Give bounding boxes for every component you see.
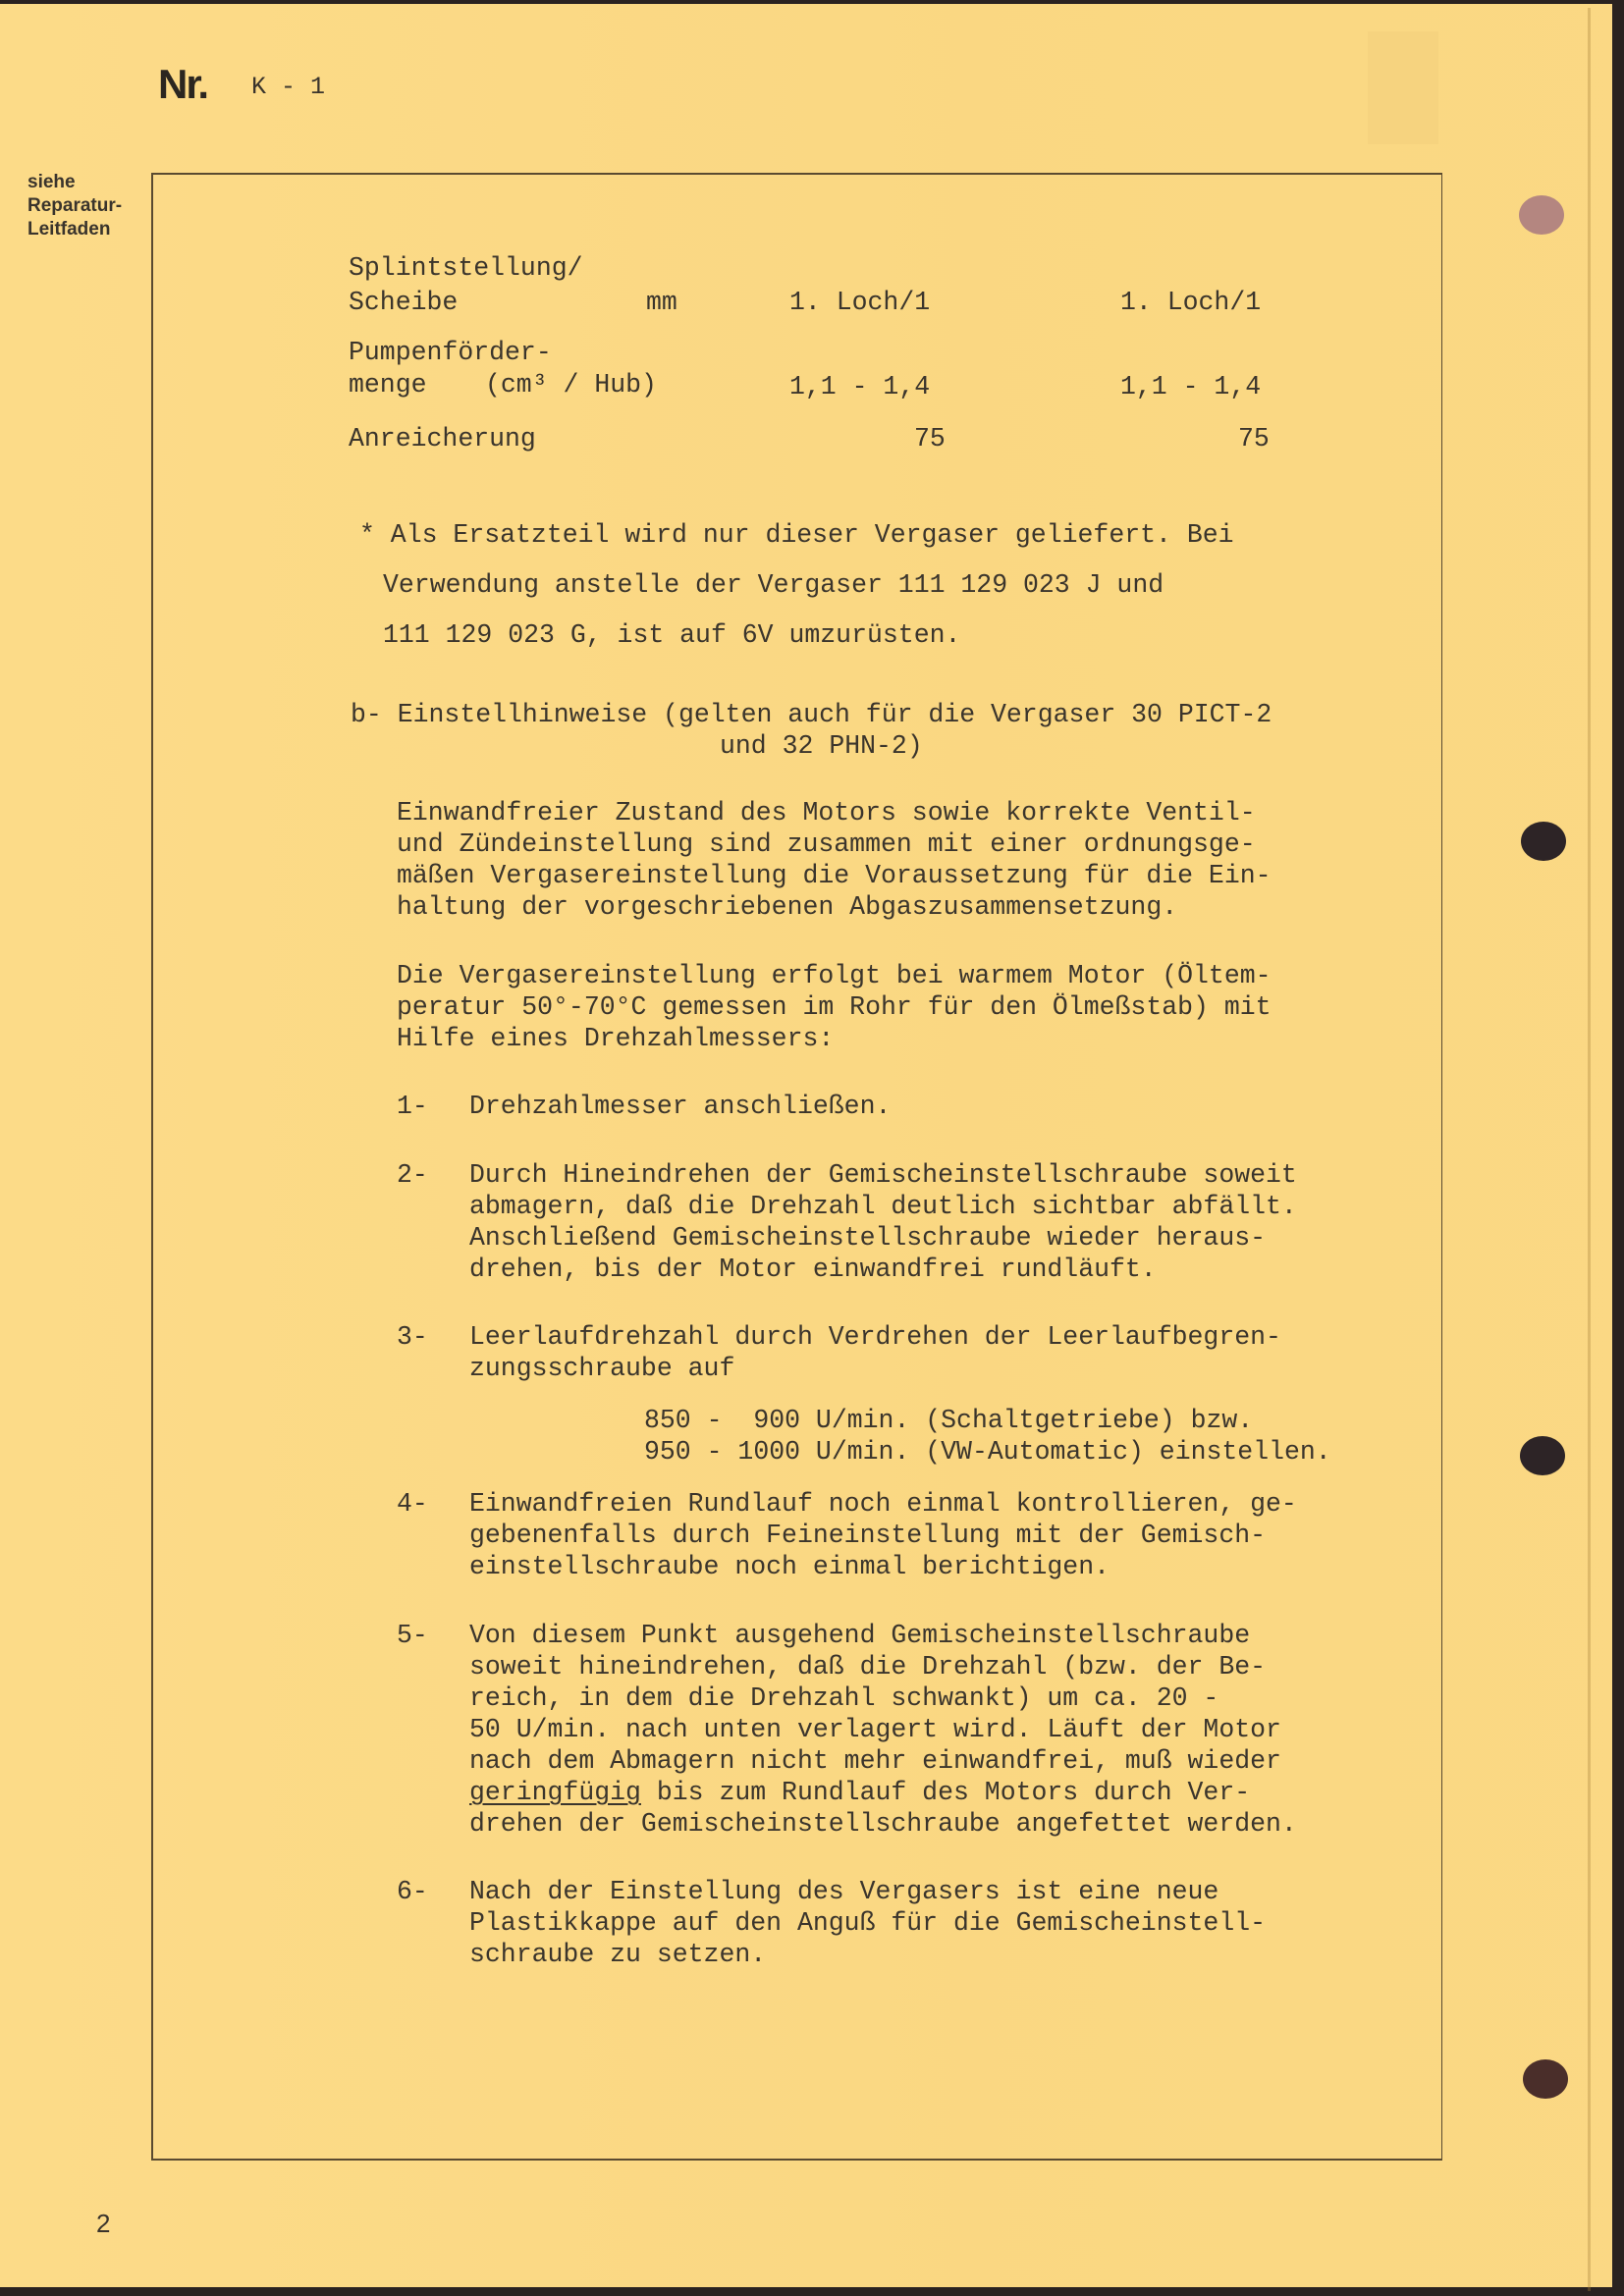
paragraph-line: Hilfe eines Drehzahlmessers: (397, 1023, 834, 1055)
step-number: 5- (397, 1620, 428, 1652)
step-line: schraube zu setzen. (469, 1939, 766, 1971)
spec-value-col1: 1. Loch/1 (789, 287, 930, 319)
step-line: Von diesem Punkt ausgehend Gemischeinste… (469, 1620, 1250, 1652)
footnote-line: 111 129 023 G, ist auf 6V umzurüsten. (383, 619, 960, 652)
step-line: abmagern, daß die Drehzahl deutlich sich… (469, 1191, 1297, 1223)
step-number: 4- (397, 1488, 428, 1521)
step-line-rest: bis zum Rundlauf des Motors durch Ver- (641, 1778, 1250, 1807)
document-number: K - 1 (251, 73, 325, 101)
punch-hole (1523, 2059, 1568, 2099)
spec-label: Anreicherung (349, 423, 536, 455)
side-reference-line: Leitfaden (27, 218, 122, 241)
step-line: drehen, bis der Motor einwandfrei rundlä… (469, 1254, 1157, 1286)
punch-hole (1521, 822, 1566, 861)
spec-value-col2: 1. Loch/1 (1120, 287, 1261, 319)
footnote-line: Verwendung anstelle der Vergaser 111 129… (383, 569, 1164, 602)
step-line: geringfügig bis zum Rundlauf des Motors … (469, 1777, 1250, 1809)
step-line: Durch Hineindrehen der Gemischeinstellsc… (469, 1159, 1297, 1192)
paragraph-line: haltung der vorgeschriebenen Abgaszusamm… (397, 891, 1177, 924)
footnote-line: * Als Ersatzteil wird nur dieser Vergase… (359, 519, 1234, 552)
ghost-logo-bleedthrough (1368, 31, 1438, 144)
step-line: Einwandfreien Rundlauf noch einmal kontr… (469, 1488, 1297, 1521)
paragraph-line: mäßen Vergasereinstellung die Voraussetz… (397, 860, 1272, 892)
section-heading-line: und 32 PHN-2) (720, 730, 923, 763)
idle-speed-value: 850 - 900 U/min. (Schaltgetriebe) bzw. (644, 1405, 1253, 1437)
punch-hole (1520, 1436, 1565, 1475)
spec-label: Splintstellung/ (349, 252, 583, 285)
paragraph-line: peratur 50°-70°C gemessen im Rohr für de… (397, 991, 1272, 1024)
step-line: gebenenfalls durch Feineinstellung mit d… (469, 1520, 1266, 1552)
spec-value-col2: 1,1 - 1,4 (1120, 371, 1261, 403)
step-number: 6- (397, 1876, 428, 1908)
step-line: soweit hineindrehen, daß die Drehzahl (b… (469, 1651, 1266, 1683)
spec-unit: (cm³ / Hub) (485, 369, 657, 401)
step-line: 50 U/min. nach unten verlagert wird. Läu… (469, 1714, 1281, 1746)
page-edge (1588, 8, 1591, 2291)
step-line: nach dem Abmagern nicht mehr einwandfrei… (469, 1745, 1281, 1778)
paragraph-line: Die Vergasereinstellung erfolgt bei warm… (397, 960, 1272, 992)
step-line: reich, in dem die Drehzahl schwankt) um … (469, 1682, 1218, 1715)
side-reference: siehe Reparatur- Leitfaden (27, 171, 122, 241)
step-line: Drehzahlmesser anschließen. (469, 1091, 891, 1123)
paragraph-line: und Zündeinstellung sind zusammen mit ei… (397, 828, 1256, 861)
side-reference-line: siehe (27, 171, 122, 194)
step-line: einstellschraube noch einmal berichtigen… (469, 1551, 1110, 1583)
spec-unit: mm (646, 287, 677, 319)
step-number: 2- (397, 1159, 428, 1192)
step-number: 3- (397, 1321, 428, 1354)
spec-label: menge (349, 369, 427, 401)
page-number: 2 (96, 2209, 110, 2239)
number-label: Nr. (158, 61, 207, 108)
spec-value-col2: 75 (1238, 423, 1270, 455)
spec-label: Scheibe (349, 287, 458, 319)
section-heading-line: b- Einstellhinweise (gelten auch für die… (351, 699, 1272, 731)
spec-value-col1: 75 (914, 423, 946, 455)
punch-hole (1519, 195, 1564, 235)
step-line: Leerlaufdrehzahl durch Verdrehen der Lee… (469, 1321, 1281, 1354)
spec-label: Pumpenförder- (349, 337, 552, 369)
step-line: Nach der Einstellung des Vergasers ist e… (469, 1876, 1218, 1908)
paragraph-line: Einwandfreier Zustand des Motors sowie k… (397, 797, 1256, 829)
step-line: Plastikkappe auf den Anguß für die Gemis… (469, 1907, 1266, 1940)
side-reference-line: Reparatur- (27, 194, 122, 218)
step-line: Anschließend Gemischeinstellschraube wie… (469, 1222, 1266, 1255)
document-page: Nr. K - 1 siehe Reparatur- Leitfaden Spl… (0, 4, 1612, 2287)
step-line: zungsschraube auf (469, 1353, 734, 1385)
step-line: drehen der Gemischeinstellschraube angef… (469, 1808, 1297, 1841)
emphasis-underlined: geringfügig (469, 1778, 641, 1807)
spec-value-col1: 1,1 - 1,4 (789, 371, 930, 403)
step-number: 1- (397, 1091, 428, 1123)
idle-speed-value: 950 - 1000 U/min. (VW-Automatic) einstel… (644, 1436, 1331, 1468)
